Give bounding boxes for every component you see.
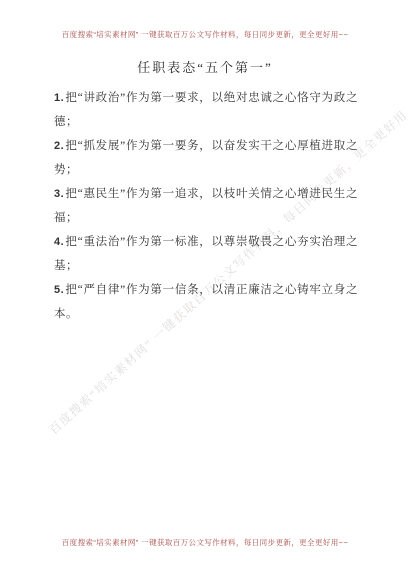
list-item: 5.把“严自律”作为第一信条，以清正廉洁之心铸牢立身之本。 [54,278,358,326]
list-item: 1.把“讲政治”作为第一要求，以绝对忠诚之心恪守为政之德； [54,86,358,134]
item-text: 把“严自律”作为第一信条，以清正廉洁之心铸牢立身之本。 [54,284,358,320]
document-page: 百度搜索“培实素材网” 一键获取百万公文写作材料，每日同步更新，更全更好用~~ … [0,0,410,580]
item-text: 把“抓发展”作为第一要务，以奋发实干之心厚植进取之势； [54,140,358,176]
list-item: 4.把“重法治”作为第一标准，以尊崇敬畏之心夯实治理之基； [54,230,358,278]
footer-promo-text: 百度搜索“培实素材网” 一键获取百万公文写作材料，每日同步更新，更全更好用~~ [0,537,410,548]
item-number: 1. [54,92,64,104]
item-number: 4. [54,236,64,248]
header-promo-text: 百度搜索“培实素材网” 一键获取百万公文写作材料，每日同步更新，更全更好用~~ [0,29,410,40]
item-number: 5. [54,284,64,296]
page-title: 任职表态“五个第一” [0,57,410,76]
list-item: 3.把“惠民生”作为第一追求，以枝叶关情之心增进民生之福； [54,182,358,230]
item-list: 1.把“讲政治”作为第一要求，以绝对忠诚之心恪守为政之德； 2.把“抓发展”作为… [54,86,358,326]
list-item: 2.把“抓发展”作为第一要务，以奋发实干之心厚植进取之势； [54,134,358,182]
item-number: 3. [54,188,64,200]
item-text: 把“重法治”作为第一标准，以尊崇敬畏之心夯实治理之基； [54,236,358,272]
item-number: 2. [54,140,64,152]
item-text: 把“讲政治”作为第一要求，以绝对忠诚之心恪守为政之德； [54,92,358,128]
item-text: 把“惠民生”作为第一追求，以枝叶关情之心增进民生之福； [54,188,358,224]
